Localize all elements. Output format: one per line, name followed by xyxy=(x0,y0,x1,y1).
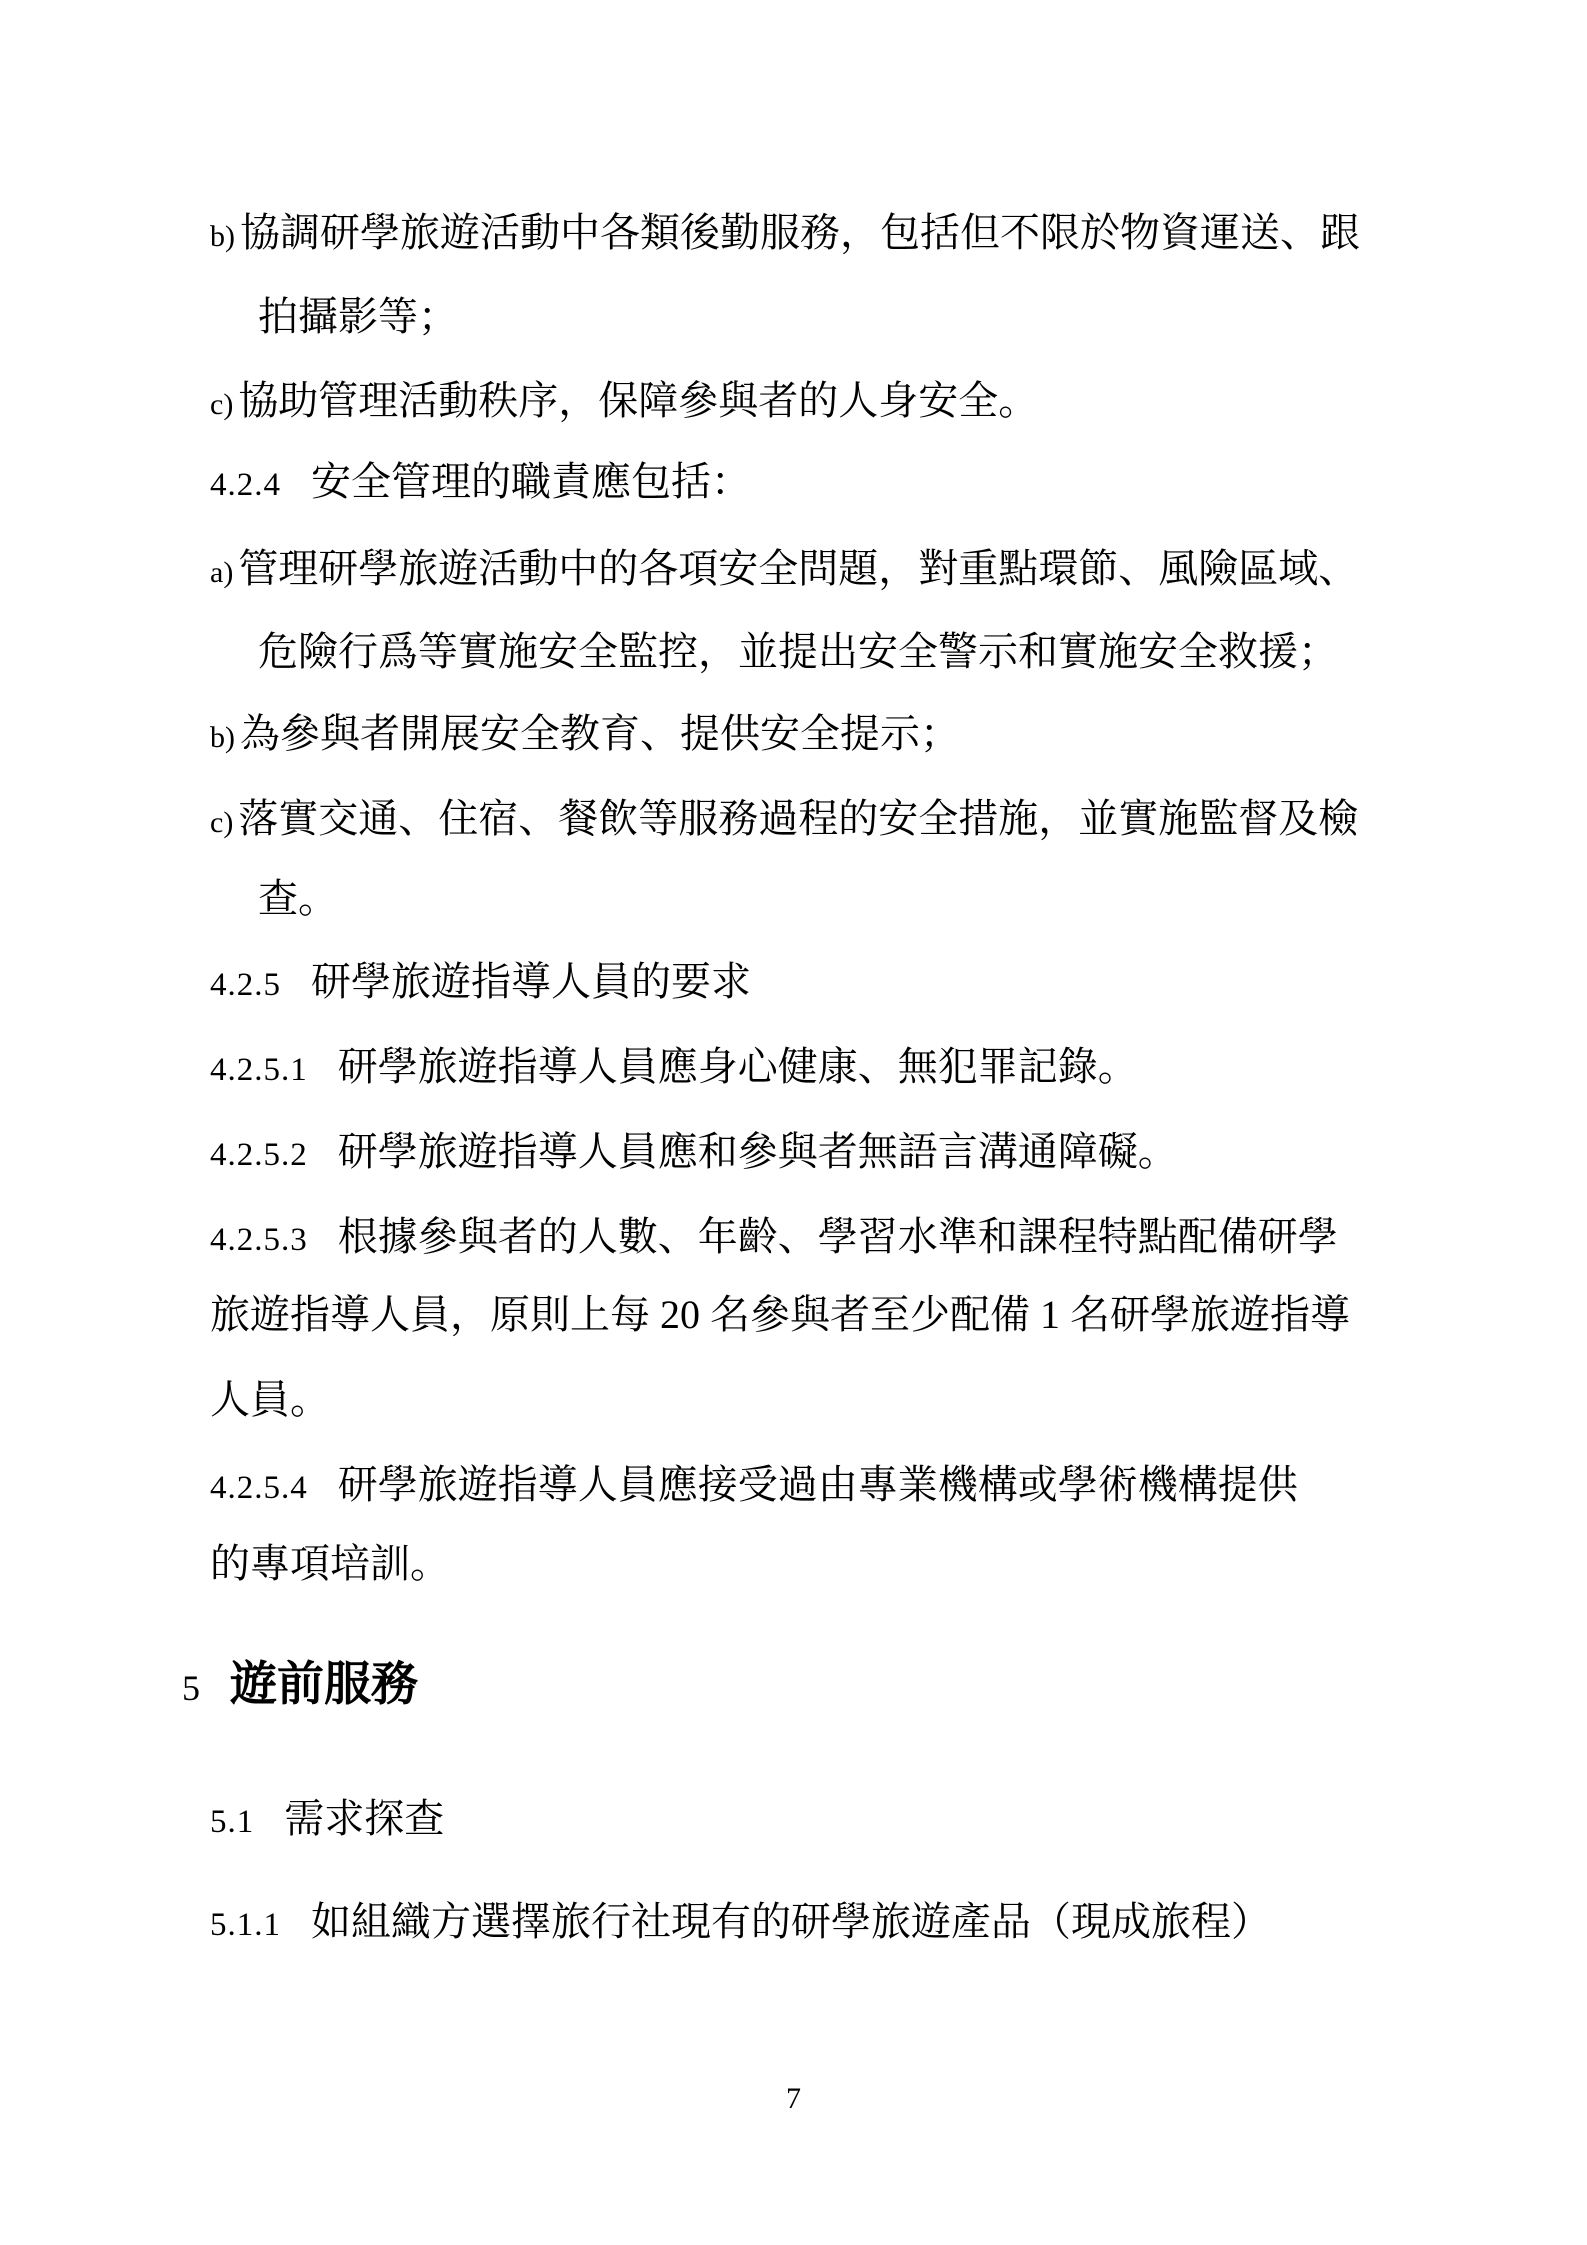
item-marker: a) xyxy=(210,556,233,589)
line-text: 協調研學旅遊活動中各類後勤服務，包括但不限於物資運送、跟 xyxy=(240,210,1360,255)
document-page: b)協調研學旅遊活動中各類後勤服務，包括但不限於物資運送、跟 拍攝影等； c)協… xyxy=(0,0,1587,2245)
line-text: 協助管理活動秩序，保障參與者的人身安全。 xyxy=(238,378,1038,423)
clause-number: 5.1.1 xyxy=(210,1907,281,1943)
line-text: 管理研學旅遊活動中的各項安全問題，對重點環節、風險區域、 xyxy=(238,546,1358,591)
list-item-continuation: 拍攝影等； xyxy=(258,295,458,339)
clause-4-2-5-1: 4.2.5.1研學旅遊指導人員應身心健康、無犯罪記錄。 xyxy=(210,1045,1138,1089)
line-text: 研學旅遊指導人員應身心健康、無犯罪記錄。 xyxy=(338,1044,1138,1089)
paragraph-continuation: 的專項培訓。 xyxy=(210,1542,450,1586)
list-item-continuation: 查。 xyxy=(258,877,338,921)
paragraph-continuation: 人員。 xyxy=(210,1378,330,1422)
item-marker: c) xyxy=(210,388,233,421)
line-text: 如組織方選擇旅行社現有的研學旅遊產品（現成旅程） xyxy=(311,1899,1271,1944)
list-item-continuation: 危險行爲等實施安全監控，並提出安全警示和實施安全救援； xyxy=(258,630,1338,674)
item-marker: b) xyxy=(210,220,235,253)
line-text: 拍攝影等； xyxy=(258,294,458,339)
line-text: 為參與者開展安全教育、提供安全提示； xyxy=(240,711,960,756)
line-text: 安全管理的職責應包括： xyxy=(311,459,751,504)
clause-number: 4.2.4 xyxy=(210,467,281,503)
line-text: 的專項培訓。 xyxy=(210,1541,450,1586)
clause-number: 5.1 xyxy=(210,1804,254,1840)
clause-number: 4.2.5.4 xyxy=(210,1470,308,1506)
line-text: 需求探查 xyxy=(284,1796,444,1841)
clause-number: 4.2.5.1 xyxy=(210,1052,308,1088)
line-text: 落實交通、住宿、餐飲等服務過程的安全措施，並實施監督及檢 xyxy=(238,796,1358,841)
line-text: 危險行爲等實施安全監控，並提出安全警示和實施安全救援； xyxy=(258,629,1338,674)
list-item: c)落實交通、住宿、餐飲等服務過程的安全措施，並實施監督及檢 xyxy=(210,797,1358,841)
line-text: 根據參與者的人數、年齡、學習水準和課程特點配備研學 xyxy=(338,1214,1338,1259)
page-number: 7 xyxy=(0,2082,1587,2116)
list-item: c)協助管理活動秩序，保障參與者的人身安全。 xyxy=(210,379,1038,423)
list-item: a)管理研學旅遊活動中的各項安全問題，對重點環節、風險區域、 xyxy=(210,547,1358,591)
clause-number: 4.2.5 xyxy=(210,967,281,1003)
line-text: 研學旅遊指導人員應接受過由專業機構或學術機構提供 xyxy=(338,1462,1298,1507)
clause-4-2-5: 4.2.5研學旅遊指導人員的要求 xyxy=(210,960,751,1004)
clause-4-2-4: 4.2.4安全管理的職責應包括： xyxy=(210,460,751,504)
list-item: b)為參與者開展安全教育、提供安全提示； xyxy=(210,712,960,756)
clause-5-1-1: 5.1.1如組織方選擇旅行社現有的研學旅遊產品（現成旅程） xyxy=(210,1900,1271,1944)
clause-4-2-5-2: 4.2.5.2研學旅遊指導人員應和參與者無語言溝通障礙。 xyxy=(210,1130,1178,1174)
item-marker: b) xyxy=(210,721,235,754)
clause-4-2-5-3: 4.2.5.3根據參與者的人數、年齡、學習水準和課程特點配備研學 xyxy=(210,1215,1338,1259)
item-marker: c) xyxy=(210,806,233,839)
clause-4-2-5-4: 4.2.5.4研學旅遊指導人員應接受過由專業機構或學術機構提供 xyxy=(210,1463,1298,1507)
section-title: 遊前服務 xyxy=(230,1659,418,1711)
section-5-heading: 5遊前服務 xyxy=(182,1660,418,1712)
line-text: 查。 xyxy=(258,876,338,921)
line-text: 研學旅遊指導人員的要求 xyxy=(311,959,751,1004)
list-item: b)協調研學旅遊活動中各類後勤服務，包括但不限於物資運送、跟 xyxy=(210,211,1360,255)
section-number: 5 xyxy=(182,1668,200,1708)
clause-number: 4.2.5.2 xyxy=(210,1137,308,1173)
clause-5-1: 5.1需求探查 xyxy=(210,1797,444,1841)
line-text: 研學旅遊指導人員應和參與者無語言溝通障礙。 xyxy=(338,1129,1178,1174)
line-text: 旅遊指導人員，原則上每 20 名參與者至少配備 1 名研學旅遊指導 xyxy=(210,1292,1350,1337)
paragraph-continuation: 旅遊指導人員，原則上每 20 名參與者至少配備 1 名研學旅遊指導 xyxy=(210,1293,1350,1337)
line-text: 人員。 xyxy=(210,1377,330,1422)
clause-number: 4.2.5.3 xyxy=(210,1222,308,1258)
